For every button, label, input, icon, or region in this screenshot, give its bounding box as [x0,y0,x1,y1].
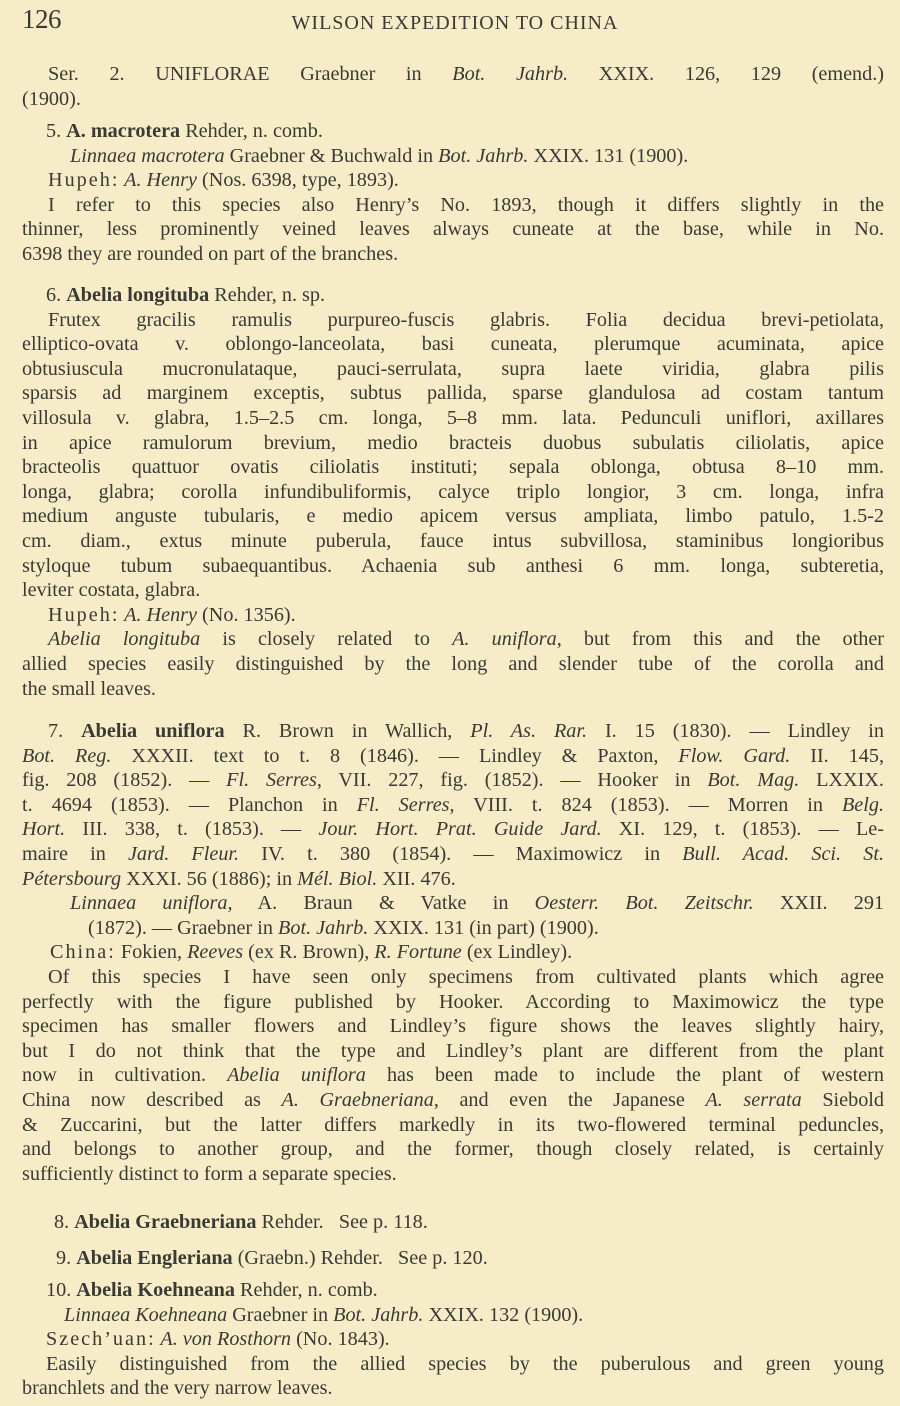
species-8-entry: 8. Abelia Graebneriana Rehder. See p. 11… [22,1210,884,1235]
text-run: LXXIX. [799,769,884,791]
text-line: Easily distinguished from the allied spe… [22,1352,884,1377]
text-line: (1900). [22,87,884,112]
text-run: XI. 129, t. (1853). — Le- [602,818,884,840]
text-run: Hort. [22,818,65,840]
text-run: XXIX. 131 (in part) (1900). [368,917,598,939]
text-run: Reeves [187,941,243,963]
text-line: Pétersbourg XXXI. 56 (1886); in Mél. Bio… [22,867,884,892]
species-10-entry: 10. Abelia Koehneana Rehder, n. comb. Li… [22,1278,884,1401]
text-run: II. 145, [790,745,884,767]
page-header: 126 WILSON EXPEDITION TO CHINA [22,4,878,40]
text-run: XII. 476. [377,868,456,890]
text-run: Abelia longituba [66,284,209,306]
text-line: villosula v. glabra, 1.5–2.5 cm. longa, … [22,406,884,431]
species-6-entry: 6. Abelia longituba Rehder, n. sp. Frute… [22,283,884,701]
species-7-entry: 7. Abelia uniflora R. Brown in Wallich, … [22,719,884,1186]
text-run: A. serrata [705,1089,801,1111]
text-run: Abelia longituba [48,628,200,650]
species-heading: 5. A. macrotera Rehder, n. comb. [22,119,884,144]
text-run: Rehder, n. sp. [209,284,325,306]
text-run: 5. [46,120,61,142]
text-run: Bot. Jahrb. [278,917,368,939]
text-run: Bot. Jahrb. [452,63,568,85]
text-run: R. Fortune [374,941,461,963]
text-line: China now described as A. Graebneriana, … [22,1088,884,1113]
text-run: (ex R. Brown), [243,941,374,963]
text-run: Hupeh: [48,604,119,626]
text-line: but I do not think that the type and Lin… [22,1039,884,1064]
text-run: Flow. Gard. [678,745,790,767]
text-run: , VII. 227, fig. (1852). — Hooker in [317,769,708,791]
text-line: specimen has smaller flowers and Lindley… [22,1014,884,1039]
locality: Hupeh: A. Henry (No. 1356). [22,603,884,628]
synonym: Linnaea uniflora, A. Braun & Vatke in Oe… [22,891,884,916]
text-run: Jour. Hort. Prat. Guide Jard. [318,818,601,840]
text-run: Belg. [842,794,884,816]
text-run: Jard. Fleur. [128,843,239,865]
text-run: Abelia uniflora [81,720,225,742]
species-heading: 6. Abelia longituba Rehder, n. sp. [22,283,884,308]
text-run: China: [50,941,116,963]
text-run: Graebner in [227,1304,333,1326]
text-run: Bull. Acad. Sci. St. [682,843,884,865]
synonym: Linnaea macrotera Graebner & Buchwald in… [22,144,884,169]
text-line: Frutex gracilis ramulis purpureo-fuscis … [22,308,884,333]
text-run: R. Brown in Wallich, [225,720,471,742]
text-run: has been made to include the plant of we… [366,1064,884,1086]
text-line: longa, glabra; corolla infundibuliformis… [22,480,884,505]
text-run: IV. t. 380 (1854). — Maximowicz in [239,843,682,865]
text-run: Ser. 2. UNIFLORAE Graebner in [48,63,452,85]
text-run: Siebold [802,1089,884,1111]
text-run: A. macrotera [66,120,180,142]
text-run: , VIII. t. 824 (1853). — Morren in [450,794,842,816]
text-run: Hupeh: [48,169,119,191]
text-run: , A. Braun & Vatke in [227,892,534,914]
text-run: Linnaea uniflora [70,892,227,914]
text-run: Fl. Serres [357,794,450,816]
text-line: leviter costata, glabra. [22,578,884,603]
series-heading: Ser. 2. UNIFLORAE Graebner in Bot. Jahrb… [22,62,884,111]
text-line: fig. 208 (1852). — Fl. Serres, VII. 227,… [22,768,884,793]
text-run: Fl. Serres [226,769,317,791]
text-run: Bot. Jahrb. [333,1304,423,1326]
text-run: See p. 118. [339,1211,428,1233]
text-run: Linnaea macrotera [70,145,225,167]
text-line: obtusiuscula mucronulataque, pauci-serru… [22,357,884,382]
text-run: XXIX. 126, 129 (emend.) [568,63,884,85]
text-run: Pl. As. Rar. [470,720,587,742]
text-run: Graebner & Buchwald in [225,145,439,167]
text-line: 9. Abelia Engleriana (Graebn.) Rehder. S… [22,1246,884,1271]
text-line: the small leaves. [22,677,884,702]
species-heading: 10. Abelia Koehneana Rehder, n. comb. [22,1278,884,1303]
text-run: 8. [54,1211,69,1233]
book-page: 126 WILSON EXPEDITION TO CHINA Ser. 2. U… [0,0,900,1406]
text-run: is closely related to [200,628,452,650]
text-run: A. Henry [119,169,197,191]
text-run: , and even the Japanese [434,1089,706,1111]
text-line: medium anguste tubularis, e medio apicem… [22,504,884,529]
text-line: I refer to this species also Henry’s No.… [22,193,884,218]
text-run: Szech’uan: [46,1328,156,1350]
text-line: Bot. Reg. XXXII. text to t. 8 (1846). — … [22,744,884,769]
text-run: A. von Rosthorn [156,1328,291,1350]
text-run: III. 338, t. (1853). — [65,818,318,840]
text-line: perfectly with the figure published by H… [22,990,884,1015]
text-run: , but from this and the other [557,628,884,650]
text-line: sparsis ad marginem exceptis, subtus pal… [22,381,884,406]
text-run: Bot. Mag. [707,769,799,791]
text-run: maire in [22,843,128,865]
text-run: fig. 208 (1852). — [22,769,226,791]
text-run: (ex Lindley). [462,941,572,963]
text-line: styloque tubum subaequantibus. Achaenia … [22,554,884,579]
text-run: XXXII. text to t. 8 (1846). — Lindley & … [111,745,678,767]
text-run: Abelia Koehneana [76,1279,235,1301]
text-run: Abelia Engleriana [76,1247,232,1269]
text-run: Abelia uniflora [227,1064,366,1086]
text-run: Rehder, n. comb. [235,1279,378,1301]
running-title: WILSON EXPEDITION TO CHINA [22,12,878,35]
text-run: I. 15 (1830). — Lindley in [587,720,884,742]
species-9-entry: 9. Abelia Engleriana (Graebn.) Rehder. S… [22,1246,884,1271]
text-run: Bot. Jahrb. [438,145,528,167]
text-run: (1872). — Graebner in [88,917,278,939]
text-run: Linnaea Koehneana [64,1304,227,1326]
text-run: XXXI. 56 (1886); in [121,868,297,890]
text-run: (Graebn.) Rehder. [233,1247,383,1269]
text-run: Fokien, [116,941,187,963]
text-line: cm. diam., extus minute puberula, fauce … [22,529,884,554]
text-line: 6398 they are rounded on part of the bra… [22,242,884,267]
text-line: in apice ramulorum brevium, medio bracte… [22,431,884,456]
text-run: A. Henry [119,604,197,626]
text-line: bracteolis quattuor ovatis ciliolatis in… [22,455,884,480]
text-line: Hort. III. 338, t. (1853). — Jour. Hort.… [22,817,884,842]
text-run: (Nos. 6398, type, 1893). [197,169,399,191]
text-run: 6. [46,284,61,306]
text-run: Pétersbourg [22,868,121,890]
text-line: t. 4694 (1853). — Planchon in Fl. Serres… [22,793,884,818]
text-run: China now described as [22,1089,281,1111]
text-line: Ser. 2. UNIFLORAE Graebner in Bot. Jahrb… [22,62,884,87]
text-line: Of this species I have seen only specime… [22,965,884,990]
text-run: XXIX. 132 (1900). [423,1304,583,1326]
text-run: t. 4694 (1853). — Planchon in [22,794,357,816]
text-line: & Zuccarini, but the latter differs mark… [22,1113,884,1138]
synonym: Linnaea Koehneana Graebner in Bot. Jahrb… [22,1303,884,1328]
text-run: 9. [56,1247,71,1269]
text-run: Oesterr. Bot. Zeitschr. [535,892,754,914]
text-line: (1872). — Graebner in Bot. Jahrb. XXIX. … [22,916,884,941]
species-5-entry: 5. A. macrotera Rehder, n. comb. Linnaea… [22,119,884,267]
text-run: Rehder, n. comb. [180,120,323,142]
text-line: now in cultivation. Abelia uniflora has … [22,1063,884,1088]
text-line: and belongs to another group, and the fo… [22,1137,884,1162]
text-line: branchlets and the very narrow leaves. [22,1376,884,1401]
text-line: Abelia longituba is closely related to A… [22,627,884,652]
text-line: maire in Jard. Fleur. IV. t. 380 (1854).… [22,842,884,867]
text-line: sufficiently distinct to form a separate… [22,1162,884,1187]
text-line: elliptico-ovata v. oblongo-lanceolata, b… [22,332,884,357]
text-run: A. uniflora [452,628,557,650]
text-run: 7. [48,720,63,742]
text-run: XXIX. 131 (1900). [528,145,688,167]
text-run: Bot. Reg. [22,745,111,767]
locality: Szech’uan: A. von Rosthorn (No. 1843). [22,1327,884,1352]
text-run: See p. 120. [398,1247,488,1269]
text-run: Rehder. [256,1211,323,1233]
text-line: 8. Abelia Graebneriana Rehder. See p. 11… [22,1210,884,1235]
text-run: (No. 1843). [291,1328,390,1350]
text-run: Abelia Graebneriana [74,1211,256,1233]
locality: Hupeh: A. Henry (Nos. 6398, type, 1893). [22,168,884,193]
text-run: XXII. 291 [754,892,884,914]
text-run: Mél. Biol. [297,868,377,890]
text-run: 10. [46,1279,71,1301]
species-heading: 7. Abelia uniflora R. Brown in Wallich, … [22,719,884,744]
text-run: (No. 1356). [197,604,296,626]
text-run: A. Graebneriana [281,1089,433,1111]
text-line: allied species easily distinguished by t… [22,652,884,677]
locality: China: Fokien, Reeves (ex R. Brown), R. … [22,940,884,965]
text-run: now in cultivation. [22,1064,227,1086]
text-line: thinner, less prominently veined leaves … [22,217,884,242]
